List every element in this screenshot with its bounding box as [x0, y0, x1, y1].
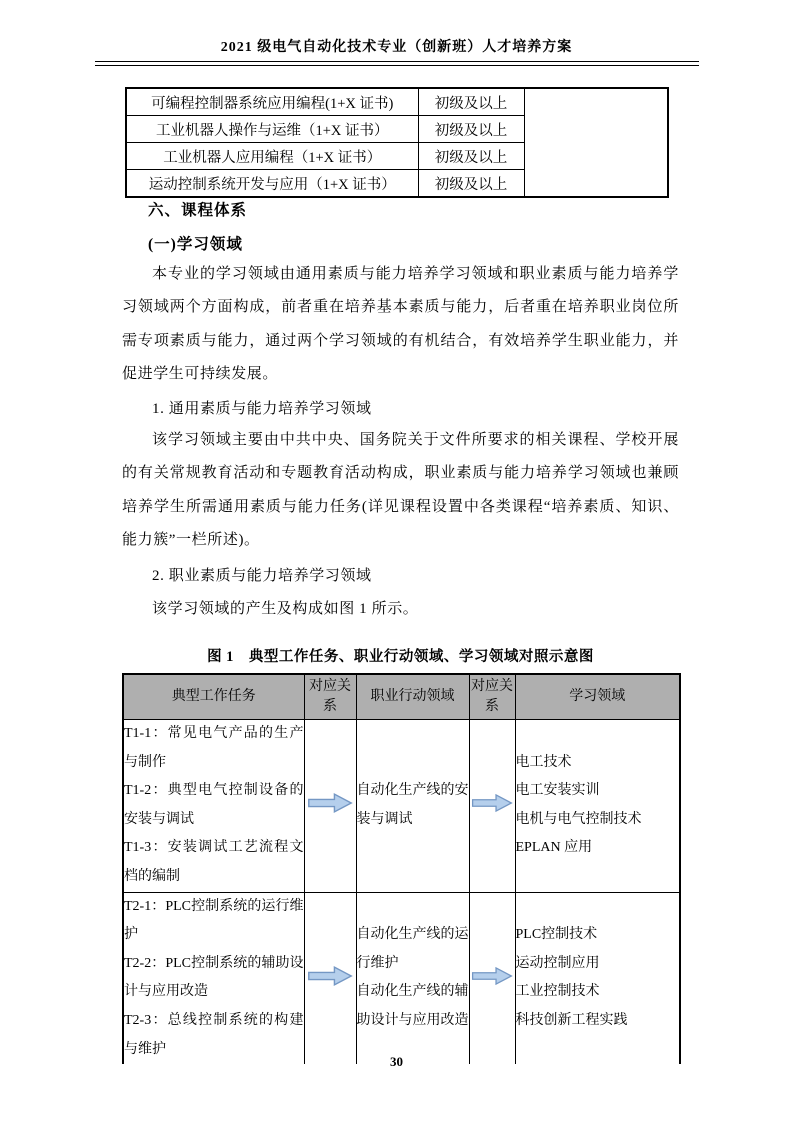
- header-divider-line: [95, 61, 699, 66]
- figure-caption: 图 1 典型工作任务、职业行动领域、学习领域对照示意图: [122, 645, 679, 666]
- certificate-level: 初级及以上: [418, 116, 524, 143]
- figure-table: 典型工作任务 对应关系 职业行动领域 对应关系 学习领域 T1-1：常见电气产品…: [122, 673, 681, 1064]
- table-row: T1-1：常见电气产品的生产与制作 T1-2：典型电气控制设备的安装与调试 T1…: [123, 720, 680, 893]
- task-item: T1-2：典型电气控制设备的安装与调试: [124, 777, 304, 834]
- subsection-heading: (一)学习领域: [148, 232, 243, 254]
- certificate-level: 初级及以上: [418, 143, 524, 170]
- tasks-cell: T2-1：PLC控制系统的运行维护 T2-2：PLC控制系统的辅助设计与应用改造…: [123, 892, 304, 1064]
- certificate-name: 工业机器人操作与运维（1+X 证书）: [126, 116, 418, 143]
- right-arrow-icon: [471, 964, 513, 988]
- certificate-level: 初级及以上: [418, 88, 524, 116]
- task-item: T1-3：安装调试工艺流程文档的编制: [124, 834, 304, 891]
- domain-item: 自动化生产线的安装与调试: [357, 777, 469, 834]
- certificate-name: 运动控制系统开发与应用（1+X 证书）: [126, 170, 418, 198]
- task-item: T2-2：PLC控制系统的辅助设计与应用改造: [124, 950, 304, 1007]
- right-arrow-icon: [307, 964, 353, 988]
- learning-item: 电工技术: [516, 749, 680, 778]
- learning-item: 运动控制应用: [516, 950, 680, 979]
- section-heading: 六、课程体系: [148, 198, 247, 220]
- relation-arrow-cell: [304, 720, 356, 893]
- certificate-name: 可编程控制器系统应用编程(1+X 证书): [126, 88, 418, 116]
- certificate-empty-cell: [524, 88, 668, 197]
- right-arrow-icon: [471, 791, 513, 815]
- document-page: 2021 级电气自动化技术专业（创新班）人才培养方案 可编程控制器系统应用编程(…: [0, 0, 793, 1122]
- page-number: 30: [0, 1054, 793, 1070]
- relation-arrow-cell: [304, 892, 356, 1064]
- certificate-level: 初级及以上: [418, 170, 524, 198]
- learning-item: EPLAN 应用: [516, 834, 680, 863]
- domain-cell: 自动化生产线的安装与调试: [356, 720, 469, 893]
- column-header-relation: 对应关系: [469, 674, 515, 720]
- figure-table-header-row: 典型工作任务 对应关系 职业行动领域 对应关系 学习领域: [123, 674, 680, 720]
- learning-item: 工业控制技术: [516, 978, 680, 1007]
- learning-cell: PLC控制技术 运动控制应用 工业控制技术 科技创新工程实践: [515, 892, 680, 1064]
- learning-item: 科技创新工程实践: [516, 1007, 680, 1036]
- task-item: T1-1：常见电气产品的生产与制作: [124, 720, 304, 777]
- paragraph: 本专业的学习领域由通用素质与能力培养学习领域和职业素质与能力培养学习领域两个方面…: [122, 258, 679, 392]
- column-header-tasks: 典型工作任务: [123, 674, 304, 720]
- certificate-name: 工业机器人应用编程（1+X 证书）: [126, 143, 418, 170]
- learning-cell: 电工技术 电工安装实训 电机与电气控制技术 EPLAN 应用: [515, 720, 680, 893]
- task-item: T2-1：PLC控制系统的运行维护: [124, 893, 304, 950]
- numbered-item: 1. 通用素质与能力培养学习领域: [122, 397, 709, 418]
- paragraph: 该学习领域的产生及构成如图 1 所示。: [122, 597, 709, 618]
- relation-arrow-cell: [469, 720, 515, 893]
- paragraph: 该学习领域主要由中共中央、国务院关于文件所要求的相关课程、学校开展的有关常规教育…: [122, 424, 679, 558]
- document-header-title: 2021 级电气自动化技术专业（创新班）人才培养方案: [0, 36, 793, 56]
- tasks-cell: T1-1：常见电气产品的生产与制作 T1-2：典型电气控制设备的安装与调试 T1…: [123, 720, 304, 893]
- column-header-relation: 对应关系: [304, 674, 356, 720]
- column-header-learning: 学习领域: [515, 674, 680, 720]
- learning-item: 电机与电气控制技术: [516, 806, 680, 835]
- domain-item: 自动化生产线的运行维护: [357, 921, 469, 978]
- column-header-domain: 职业行动领域: [356, 674, 469, 720]
- table-row: T2-1：PLC控制系统的运行维护 T2-2：PLC控制系统的辅助设计与应用改造…: [123, 892, 680, 1064]
- right-arrow-icon: [307, 791, 353, 815]
- domain-item: 自动化生产线的辅助设计与应用改造: [357, 978, 469, 1035]
- learning-item: PLC控制技术: [516, 921, 680, 950]
- domain-cell: 自动化生产线的运行维护 自动化生产线的辅助设计与应用改造: [356, 892, 469, 1064]
- relation-arrow-cell: [469, 892, 515, 1064]
- learning-item: 电工安装实训: [516, 777, 680, 806]
- certificate-table: 可编程控制器系统应用编程(1+X 证书) 初级及以上 工业机器人操作与运维（1+…: [125, 87, 669, 198]
- table-row: 可编程控制器系统应用编程(1+X 证书) 初级及以上: [126, 88, 668, 116]
- numbered-item: 2. 职业素质与能力培养学习领域: [122, 564, 709, 585]
